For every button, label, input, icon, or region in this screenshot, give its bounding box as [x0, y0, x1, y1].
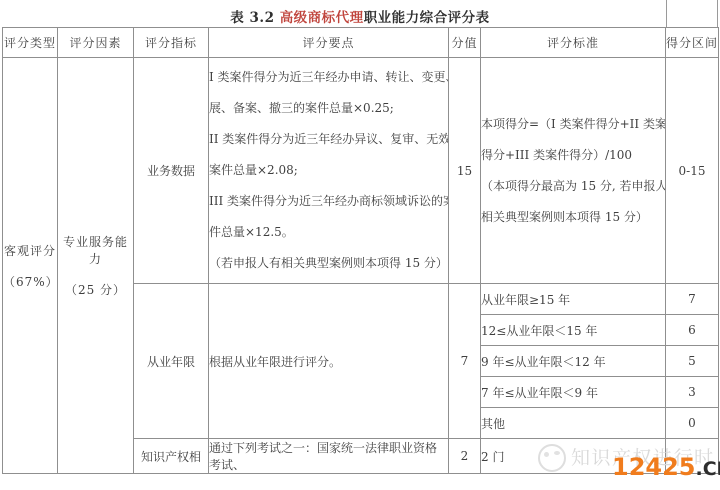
header-row: 评分类型 评分因素 评分指标 评分要点 分值 评分标准 得分区间 — [3, 28, 719, 58]
cell-standard-label: 从业年限≥15 年 — [481, 284, 666, 315]
cell-standard-exam: 2 门 — [481, 439, 666, 474]
cell-range-exam — [666, 439, 719, 474]
cell-score-type: 客观评分 （67%） — [3, 58, 58, 474]
page-title: 表 3.2 高级商标代理职业能力综合评分表 — [0, 6, 720, 26]
cell-points-experience: 根据从业年限进行评分。 — [209, 284, 449, 439]
cell-indicator-experience: 从业年限 — [134, 284, 209, 439]
cell-standard-score: 3 — [666, 377, 719, 408]
cell-points-business: I 类案件得分为近三年经办申请、转让、变更、续 展、备案、撤三的案件总量×0.2… — [209, 58, 449, 284]
col-header-score-range: 得分区间 — [666, 28, 719, 58]
cell-indicator-exam: 知识产权相 — [134, 439, 209, 474]
cell-standard-score: 7 — [666, 284, 719, 315]
title-prefix: 表 3.2 — [230, 10, 279, 26]
cell-score-exam: 2 — [449, 439, 481, 474]
score-factor-line2: （25 分） — [58, 281, 133, 298]
cell-score-business: 15 — [449, 58, 481, 284]
cell-standard-label: 7 年≤从业年限＜9 年 — [481, 377, 666, 408]
cell-standard-business: 本项得分=（I 类案件得分+II 类案件 得分+III 类案件得分）/100 （… — [481, 58, 666, 284]
cell-points-exam: 通过下列考试之一：国家统一法律职业资格考试、 — [209, 439, 449, 474]
cell-score-factor: 专业服务能力 （25 分） — [58, 58, 134, 474]
col-header-score-points: 评分要点 — [209, 28, 449, 58]
cell-standard-label: 12≤从业年限＜15 年 — [481, 315, 666, 346]
cell-indicator-business: 业务数据 — [134, 58, 209, 284]
score-type-line2: （67%） — [3, 273, 57, 290]
col-header-score-factor: 评分因素 — [58, 28, 134, 58]
cell-standard-label: 9 年≤从业年限＜12 年 — [481, 346, 666, 377]
col-header-score-type: 评分类型 — [3, 28, 58, 58]
col-header-score-indicator: 评分指标 — [134, 28, 209, 58]
score-table: 评分类型 评分因素 评分指标 评分要点 分值 评分标准 得分区间 客观评分 （6… — [2, 27, 719, 474]
table-edge-stub — [666, 0, 667, 27]
title-suffix: 职业能力综合评分表 — [364, 10, 490, 26]
score-factor-line1: 专业服务能力 — [58, 233, 133, 267]
cell-standard-score: 5 — [666, 346, 719, 377]
table-edge-stub — [717, 0, 718, 27]
cell-range-business: 0-15 — [666, 58, 719, 284]
row-business-data: 客观评分 （67%） 专业服务能力 （25 分） 业务数据 I 类案件得分为近三… — [3, 58, 719, 284]
cell-score-experience: 7 — [449, 284, 481, 439]
title-highlight: 高级商标代理 — [280, 10, 364, 26]
cell-standard-score: 0 — [666, 408, 719, 439]
cell-standard-label: 其他 — [481, 408, 666, 439]
score-type-line1: 客观评分 — [3, 242, 57, 259]
cell-standard-score: 6 — [666, 315, 719, 346]
col-header-score-standard: 评分标准 — [481, 28, 666, 58]
col-header-score-value: 分值 — [449, 28, 481, 58]
